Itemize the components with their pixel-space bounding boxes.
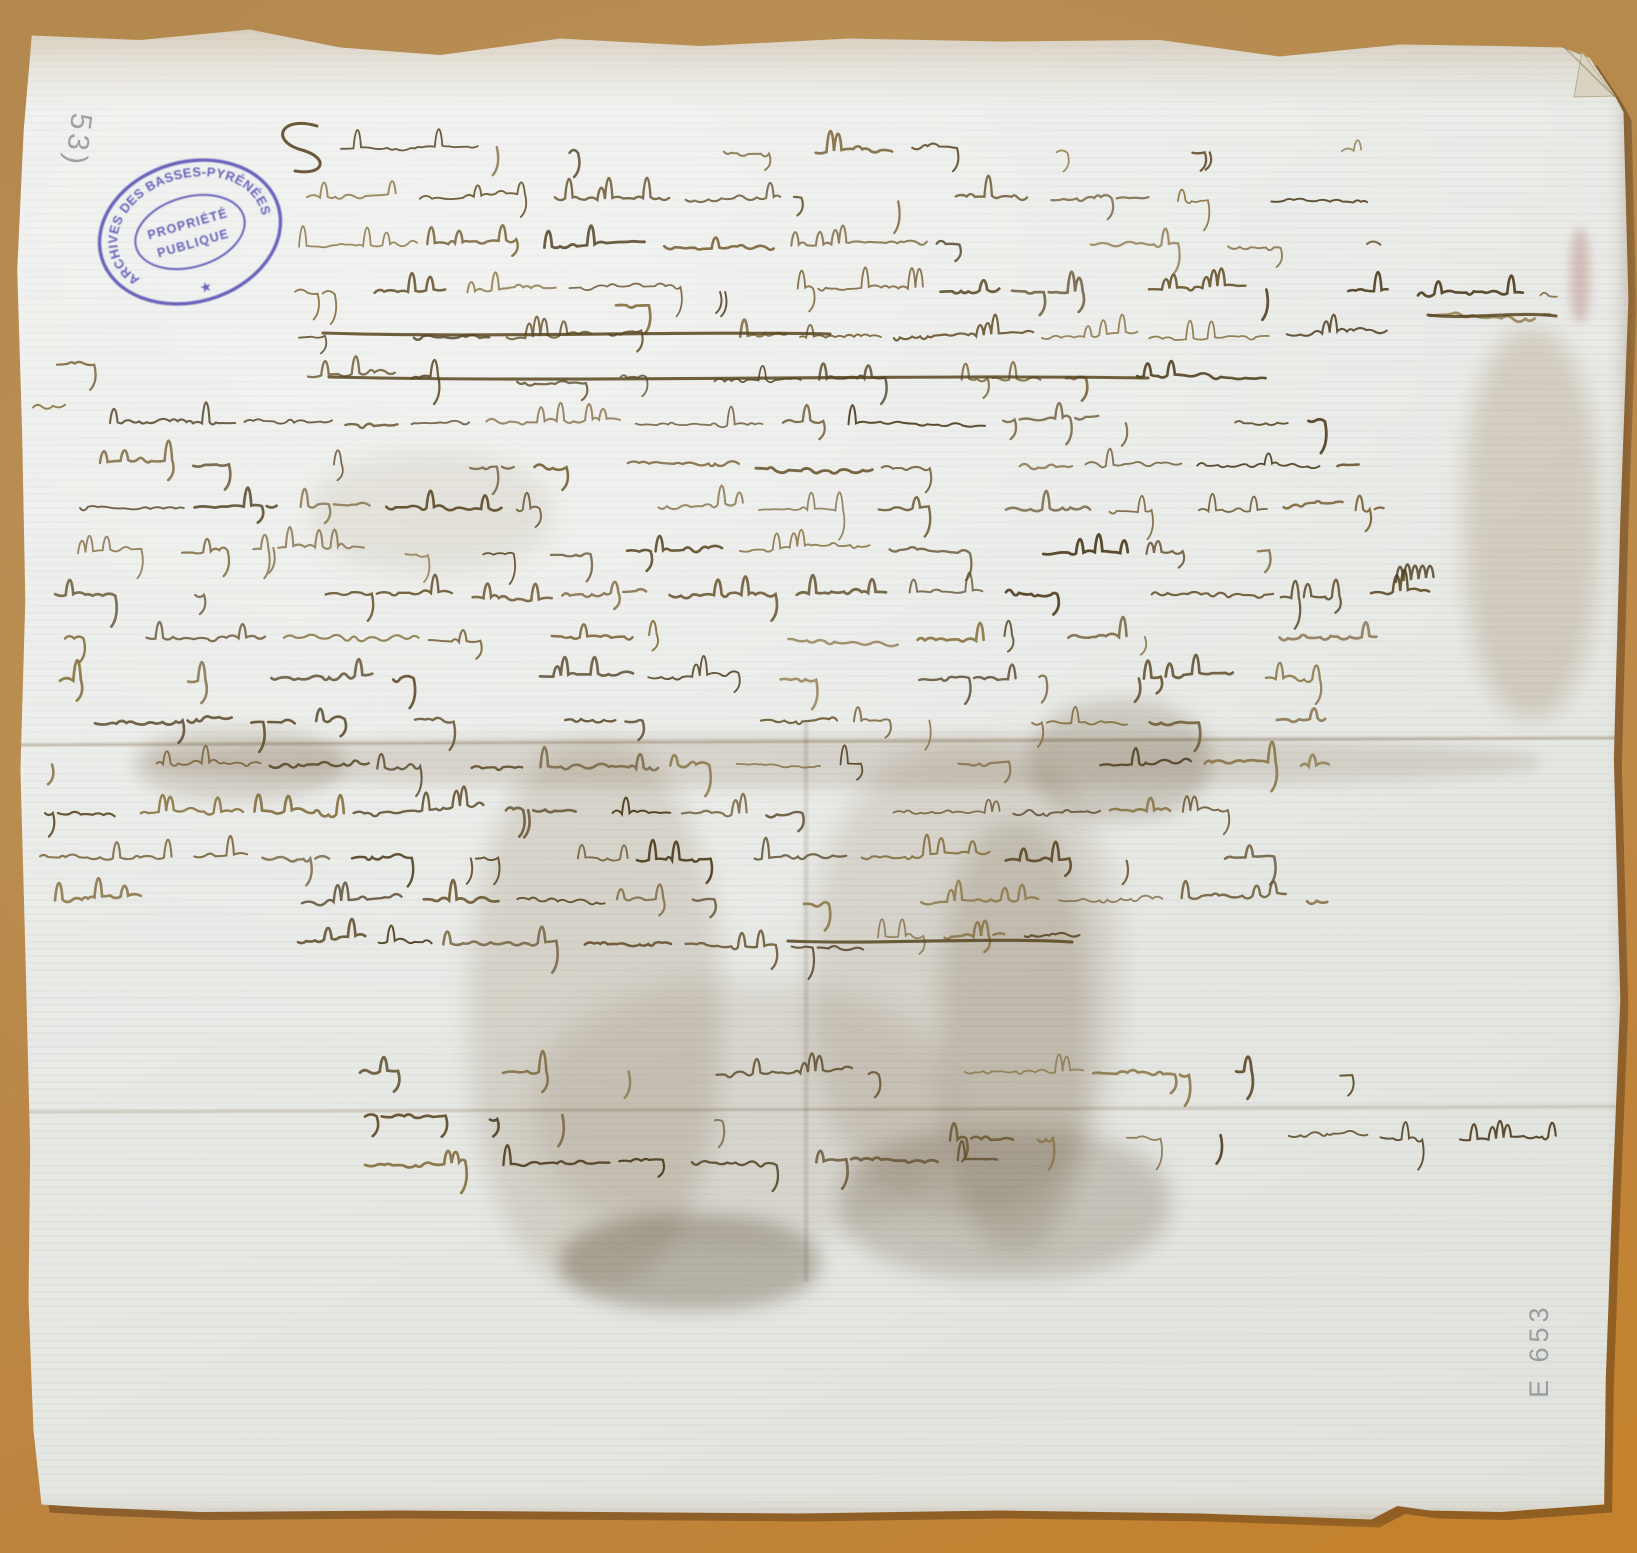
ink-line [472, 766, 523, 770]
ink-line [552, 624, 633, 639]
ink-line [253, 527, 364, 578]
ink-line [925, 721, 930, 750]
ink-line [503, 1145, 609, 1166]
ink-line [894, 315, 1033, 341]
ink-line [517, 493, 541, 527]
ink-line [794, 197, 803, 216]
ink-line [1068, 617, 1126, 638]
ink-line [55, 878, 141, 902]
ink-line [1051, 195, 1148, 219]
ink-line [628, 461, 739, 466]
ink-line [1150, 722, 1201, 751]
ink-line [255, 795, 344, 817]
ink-line [1003, 403, 1098, 444]
ink-line [443, 927, 557, 973]
ink-line [558, 1115, 563, 1146]
ink-line [716, 292, 726, 316]
ink-line [616, 305, 650, 333]
ink-line [636, 407, 763, 428]
ink-line [1460, 1121, 1556, 1141]
ink-line [919, 665, 1015, 704]
ink-line [1149, 321, 1269, 340]
ink-line [490, 1119, 499, 1136]
ink-line [424, 880, 499, 903]
ink-line [1380, 1122, 1423, 1170]
ink-line [1122, 423, 1127, 446]
ink-line [301, 489, 370, 523]
ink-line [244, 419, 332, 423]
ink-line [1093, 1070, 1190, 1106]
ink-line [761, 717, 837, 724]
ink-line [517, 381, 587, 400]
ink-line [783, 405, 828, 439]
ink-line [1262, 290, 1267, 320]
ink-line [80, 506, 184, 510]
ink-line [415, 718, 455, 750]
ink-line [1141, 637, 1146, 655]
ink-line [334, 450, 343, 480]
ink-line [1280, 622, 1377, 640]
ink-line [1205, 742, 1277, 791]
ink-line [1147, 541, 1185, 567]
ink-line [670, 755, 710, 796]
ink-line [377, 754, 421, 796]
ink-line [585, 942, 671, 946]
ink-line [379, 925, 432, 943]
ink-line [941, 280, 1000, 293]
ink-line [625, 1072, 630, 1098]
ink-line [1006, 590, 1059, 615]
ink-line [251, 720, 294, 752]
ink-line [412, 421, 470, 425]
ink-line [1127, 1136, 1162, 1169]
ink-line [1217, 1135, 1222, 1163]
ink-line [766, 812, 803, 831]
ink-line [819, 363, 886, 403]
ink-line [544, 226, 644, 248]
ink-line [1340, 1075, 1353, 1095]
ink-line [570, 150, 580, 177]
ink-line [962, 362, 1041, 398]
ink-line [48, 765, 53, 785]
ink-line [299, 226, 417, 247]
ink-line [816, 1151, 937, 1189]
ink-line [918, 623, 984, 641]
ink-line [1235, 421, 1288, 425]
ink-line [956, 176, 1027, 200]
ink-line [1012, 272, 1084, 315]
ink-line [412, 360, 440, 404]
ink-line [194, 836, 247, 857]
ink-line [55, 580, 117, 627]
ink-line [1307, 901, 1327, 904]
ink-line [535, 465, 568, 490]
ink-line [737, 764, 820, 768]
ink-line [427, 225, 517, 255]
ink-line [352, 854, 413, 886]
ink-line [486, 403, 620, 425]
ink-line [619, 1159, 667, 1177]
ink-line [869, 1072, 881, 1097]
ink-line [1371, 570, 1429, 594]
ink-line [541, 747, 659, 770]
ink-line [965, 1054, 1084, 1074]
ink-line [1110, 496, 1153, 539]
ink-line [323, 333, 830, 335]
ink-line [503, 1051, 548, 1092]
ink-line [792, 946, 863, 979]
handwriting-and-marks-layer: ARCHIVES DES BASSES-PYRÉNÉES PROPRIÉTÉ P… [0, 0, 1637, 1553]
ink-line [791, 226, 926, 246]
ink-line [816, 131, 892, 153]
ink-line [1301, 755, 1329, 766]
ink-line [1149, 268, 1246, 290]
ink-line [517, 898, 605, 905]
ink-line [1266, 663, 1325, 704]
ink-line [950, 1123, 1013, 1161]
ink-line [693, 899, 716, 917]
ink-line [959, 762, 1011, 783]
ink-line [1183, 796, 1229, 834]
ink-line [360, 1057, 399, 1091]
ink-line [65, 636, 85, 662]
ink-line [1100, 748, 1191, 765]
ink-line [45, 812, 115, 837]
ink-line [664, 238, 773, 250]
ink-line [686, 183, 781, 202]
ink-line [1199, 494, 1267, 512]
ink-line [271, 659, 372, 680]
ink-line [1271, 199, 1367, 203]
ink-line [854, 707, 891, 737]
ink-line [788, 940, 1072, 942]
ink-line [1348, 272, 1387, 291]
ink-line [1013, 810, 1100, 816]
ink-line [1197, 453, 1319, 468]
ink-line [692, 1161, 778, 1191]
ink-line [1178, 190, 1209, 231]
ink-line [1005, 621, 1014, 652]
ink-line [420, 182, 526, 217]
ink-line [473, 584, 552, 602]
ink-line [1152, 592, 1273, 598]
ink-line [789, 639, 898, 646]
ink-line [1287, 315, 1387, 336]
ink-line [625, 720, 644, 740]
ink-line [307, 181, 396, 199]
ink-line [506, 807, 576, 837]
ink-line [578, 845, 628, 861]
ink-line [740, 530, 870, 552]
ink-line [659, 486, 743, 510]
handwriting-ink [33, 123, 1557, 1193]
ink-line [193, 464, 230, 489]
ink-line [470, 467, 514, 494]
ink-line [1032, 707, 1127, 747]
corner-fold [1564, 47, 1615, 97]
ink-line [308, 356, 395, 377]
ink-line [841, 745, 863, 779]
ink-line [649, 621, 658, 650]
ink-line [849, 405, 986, 427]
ink-line [894, 201, 899, 233]
ink-line [551, 553, 592, 581]
ink-line [882, 466, 931, 492]
ink-line [1039, 676, 1047, 703]
ink-line [755, 838, 847, 860]
ink-line [1338, 465, 1359, 467]
ink-line [717, 1053, 852, 1077]
ink-line [493, 147, 498, 175]
ink-line [627, 536, 722, 571]
ink-line [890, 547, 972, 580]
ink-line [365, 1114, 447, 1136]
ink-line [386, 491, 501, 511]
ink-line [329, 377, 1148, 379]
ink-line [1123, 861, 1128, 885]
ink-line [95, 716, 232, 742]
ink-line [921, 881, 1038, 905]
ink-line [781, 679, 818, 709]
ink-line [1059, 896, 1163, 903]
ink-line [1110, 798, 1170, 812]
ink-line [540, 657, 633, 677]
ink-line [298, 919, 365, 943]
ink-line [1277, 708, 1325, 721]
ink-line [284, 635, 419, 642]
ink-line [686, 931, 778, 969]
ink-line [1137, 361, 1266, 379]
ink-line [467, 857, 500, 884]
ink-line [1085, 449, 1181, 468]
ink-line [405, 554, 429, 582]
ink-line [555, 178, 669, 200]
ink-line [1006, 842, 1071, 876]
ink-line [637, 840, 712, 883]
ink-line [1091, 229, 1180, 274]
ink-line [1057, 150, 1069, 171]
ink-line [57, 362, 96, 390]
ink-line [937, 241, 961, 261]
ink-line [1192, 152, 1211, 170]
ink-line [393, 676, 415, 708]
ink-line [316, 709, 346, 736]
ink-line [326, 575, 452, 621]
ink-line [912, 144, 958, 172]
ink-line [1284, 501, 1343, 508]
ink-line [797, 575, 886, 595]
ink-line [670, 576, 778, 620]
ink-line [295, 290, 340, 324]
ink-line [1038, 1138, 1055, 1169]
ink-line [375, 273, 446, 293]
pencil-folio-number: 53) [58, 111, 98, 170]
ink-line [1020, 464, 1072, 469]
ink-line [1367, 242, 1380, 245]
ink-line [1025, 933, 1080, 937]
ink-line [1135, 655, 1233, 702]
ink-line [483, 553, 515, 584]
ink-line [341, 129, 478, 150]
ink-line [715, 1120, 724, 1147]
ink-line [910, 573, 983, 593]
ink-line [562, 582, 646, 609]
ink-line [617, 884, 668, 915]
ink-line [299, 336, 326, 354]
ink-line [648, 656, 740, 692]
ink-line [283, 123, 320, 172]
ink-line [78, 536, 143, 579]
ink-line [195, 488, 277, 523]
ink-line [862, 835, 990, 859]
ink-line [195, 595, 205, 614]
ink-line [1006, 491, 1090, 511]
ink-line [40, 840, 172, 860]
ink-line [1042, 314, 1138, 339]
ink-line [569, 284, 682, 317]
ink-line [33, 405, 65, 409]
ink-line [759, 492, 845, 539]
ink-line [110, 402, 235, 424]
ink-line [429, 630, 482, 659]
ink-line [798, 267, 923, 311]
ink-line [800, 325, 881, 338]
ink-line [467, 272, 555, 292]
ink-line [188, 662, 207, 703]
ink-line [365, 1151, 467, 1193]
ink-line [100, 441, 174, 480]
ink-line [263, 856, 330, 885]
ink-line [1356, 496, 1384, 531]
pencil-shelfmark: E 653 [1524, 1302, 1554, 1398]
ink-line [60, 660, 82, 700]
ink-line [1236, 1057, 1253, 1099]
ink-line [1281, 580, 1341, 629]
ink-line [958, 1141, 997, 1160]
ink-line [945, 921, 1005, 952]
ink-line [1342, 140, 1361, 151]
ink-line [878, 919, 925, 954]
ink-line [345, 424, 397, 428]
ink-line [147, 622, 266, 641]
ink-line [1225, 845, 1276, 884]
ink-line [1418, 276, 1523, 297]
ink-line [1043, 534, 1127, 554]
ink-line [1428, 314, 1556, 316]
ink-line [893, 800, 999, 814]
ink-line [157, 746, 261, 766]
ink-line [804, 902, 830, 930]
ink-line [1540, 293, 1557, 297]
ink-line [1066, 377, 1087, 401]
ink-line [141, 795, 243, 815]
ink-line [1308, 419, 1326, 453]
ink-line [682, 794, 747, 817]
ink-line [724, 152, 771, 170]
ink-line [270, 761, 369, 768]
ink-line [613, 797, 671, 814]
ink-line [302, 883, 402, 906]
ink-line [1258, 550, 1271, 572]
ink-line [879, 497, 930, 536]
ink-line [756, 467, 872, 473]
ink-line [565, 719, 615, 723]
backing-board: ARCHIVES DES BASSES-PYRÉNÉES PROPRIÉTÉ P… [0, 0, 1637, 1553]
archive-stamp: ARCHIVES DES BASSES-PYRÉNÉES PROPRIÉTÉ P… [82, 139, 297, 324]
star-icon: ★ [197, 277, 213, 296]
ink-line [1289, 1131, 1368, 1137]
ink-line [1228, 246, 1282, 267]
photo-of-manuscript: { "photo": { "description": "Photograph … [0, 0, 1637, 1553]
ink-line [182, 539, 229, 576]
